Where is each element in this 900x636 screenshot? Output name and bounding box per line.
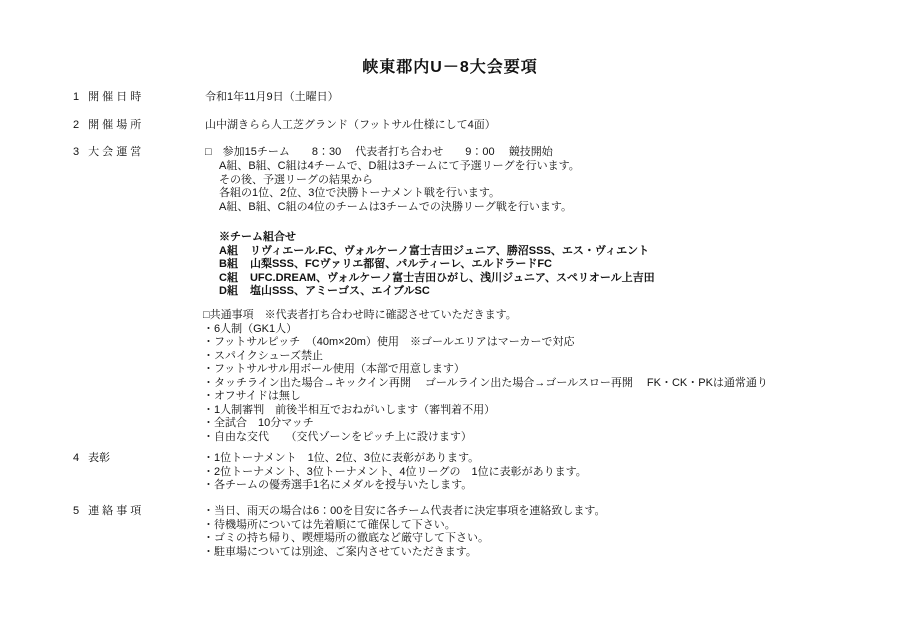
section3-line: 各組の1位、2位、3位で決勝トーナメント戦を行います。 (219, 187, 580, 201)
rule-item: ・フットサルピッチ （40m×20m）使用 ※ゴールエリアはマーカーで対応 (203, 336, 768, 350)
section4-label: 4表彰 (73, 452, 110, 466)
section3-number: 3 (73, 146, 79, 160)
group-b-row: B組山梨SSS、FCヴァリエ都留、パルティーレ、エルドラードFC (219, 258, 655, 272)
group-d-teams: 塩山SSS、アミーゴス、エイブルSC (250, 285, 430, 297)
section1-text: 令和1年11月9日（土曜日） (205, 91, 339, 105)
section3-heading: 大 会 運 営 (88, 146, 141, 158)
team-groups-header: ※チーム組合せ (219, 231, 655, 245)
section3-description: A組、B組、C組は4チームで、D組は3チームにて予選リーグを行います。 その後、… (219, 160, 580, 214)
group-d-row: D組塩山SSS、アミーゴス、エイブルSC (219, 285, 655, 299)
notice-item: ・ゴミの持ち帰り、喫煙場所の徹底など厳守して下さい。 (203, 532, 605, 546)
section1-label: 1開 催 日 時 (73, 91, 141, 105)
section2-text: 山中湖きらら人工芝グランド（フットサル仕様にして4面） (205, 119, 496, 133)
section3-line: その後、予選リーグの結果から (219, 174, 580, 188)
common-rules-header: □共通事項 ※代表者打ち合わせ時に確認させていただきます。 (203, 309, 768, 323)
notice-item: ・当日、雨天の場合は6：00を目安に各チーム代表者に決定事項を連絡致します。 (203, 505, 605, 519)
group-b-name: B組 (219, 258, 238, 272)
rule-item: ・スパイクシューズ禁止 (203, 350, 768, 364)
section1-number: 1 (73, 91, 79, 105)
rule-item: ・1人制審判 前後半相互でおねがいします（審判着不用） (203, 404, 768, 418)
section1-heading: 開 催 日 時 (88, 91, 141, 103)
common-rules-block: □共通事項 ※代表者打ち合わせ時に確認させていただきます。 ・6人制（GK1人）… (203, 309, 768, 444)
section2-heading: 開 催 場 所 (88, 119, 141, 131)
award-item: ・各チームの優秀選手1名にメダルを授与いたします。 (203, 479, 587, 493)
group-a-name: A組 (219, 245, 238, 259)
section4-number: 4 (73, 452, 79, 466)
rule-item: ・自由な交代 （交代ゾーンをピッチ上に設けます） (203, 431, 768, 445)
rule-item: ・全試合 10分マッチ (203, 417, 768, 431)
awards-block: ・1位トーナメント 1位、2位、3位に表彰があります。 ・2位トーナメント、3位… (203, 452, 587, 493)
section3-first-line: □ 参加15チーム 8：30 代表者打ち合わせ 9：00 競技開始 (205, 146, 553, 160)
section3-label: 3大 会 運 営 (73, 146, 141, 160)
group-c-teams: UFC.DREAM、ヴォルケーノ富士吉田ひがし、浅川ジュニア、スペリオール上吉田 (250, 272, 655, 284)
award-item: ・2位トーナメント、3位トーナメント、4位リーグの 1位に表彰があります。 (203, 466, 587, 480)
team-groups-block: ※チーム組合せ A組リヴィエール.FC、ヴォルケーノ富士吉田ジュニア、勝沼SSS… (219, 231, 655, 299)
rule-item: ・オフサイドは無し (203, 390, 768, 404)
award-item: ・1位トーナメント 1位、2位、3位に表彰があります。 (203, 452, 587, 466)
rule-item: ・タッチライン出た場合→キックイン再開 ゴールライン出た場合→ゴールスロー再開 … (203, 377, 768, 391)
group-a-row: A組リヴィエール.FC、ヴォルケーノ富士吉田ジュニア、勝沼SSS、エス・ヴィエン… (219, 245, 655, 259)
rule-item: ・6人制（GK1人） (203, 323, 768, 337)
group-c-row: C組UFC.DREAM、ヴォルケーノ富士吉田ひがし、浅川ジュニア、スペリオール上… (219, 272, 655, 286)
notice-item: ・待機場所については先着順にて確保して下さい。 (203, 519, 605, 533)
rule-item: ・フットサルサル用ボール使用（本部で用意します） (203, 363, 768, 377)
notices-block: ・当日、雨天の場合は6：00を目安に各チーム代表者に決定事項を連絡致します。 ・… (203, 505, 605, 559)
section2-label: 2開 催 場 所 (73, 119, 141, 133)
group-d-name: D組 (219, 285, 238, 299)
section5-number: 5 (73, 505, 79, 519)
section5-label: 5連 絡 事 項 (73, 505, 141, 519)
section3-line: A組、B組、C組は4チームで、D組は3チームにて予選リーグを行います。 (219, 160, 580, 174)
document-page: 峡東郡内U－8大会要項 1開 催 日 時 令和1年11月9日（土曜日） 2開 催… (0, 0, 900, 636)
notice-item: ・駐車場については別途、ご案内させていただきます。 (203, 546, 605, 560)
group-b-teams: 山梨SSS、FCヴァリエ都留、パルティーレ、エルドラードFC (250, 258, 552, 270)
section5-heading: 連 絡 事 項 (88, 505, 141, 517)
section2-number: 2 (73, 119, 79, 133)
group-a-teams: リヴィエール.FC、ヴォルケーノ富士吉田ジュニア、勝沼SSS、エス・ヴィエント (250, 245, 649, 257)
group-c-name: C組 (219, 272, 238, 286)
section3-line: A組、B組、C組の4位のチームは3チームでの決勝リーグ戦を行います。 (219, 201, 580, 215)
section4-heading: 表彰 (88, 452, 110, 464)
page-title: 峡東郡内U－8大会要項 (0, 57, 900, 79)
